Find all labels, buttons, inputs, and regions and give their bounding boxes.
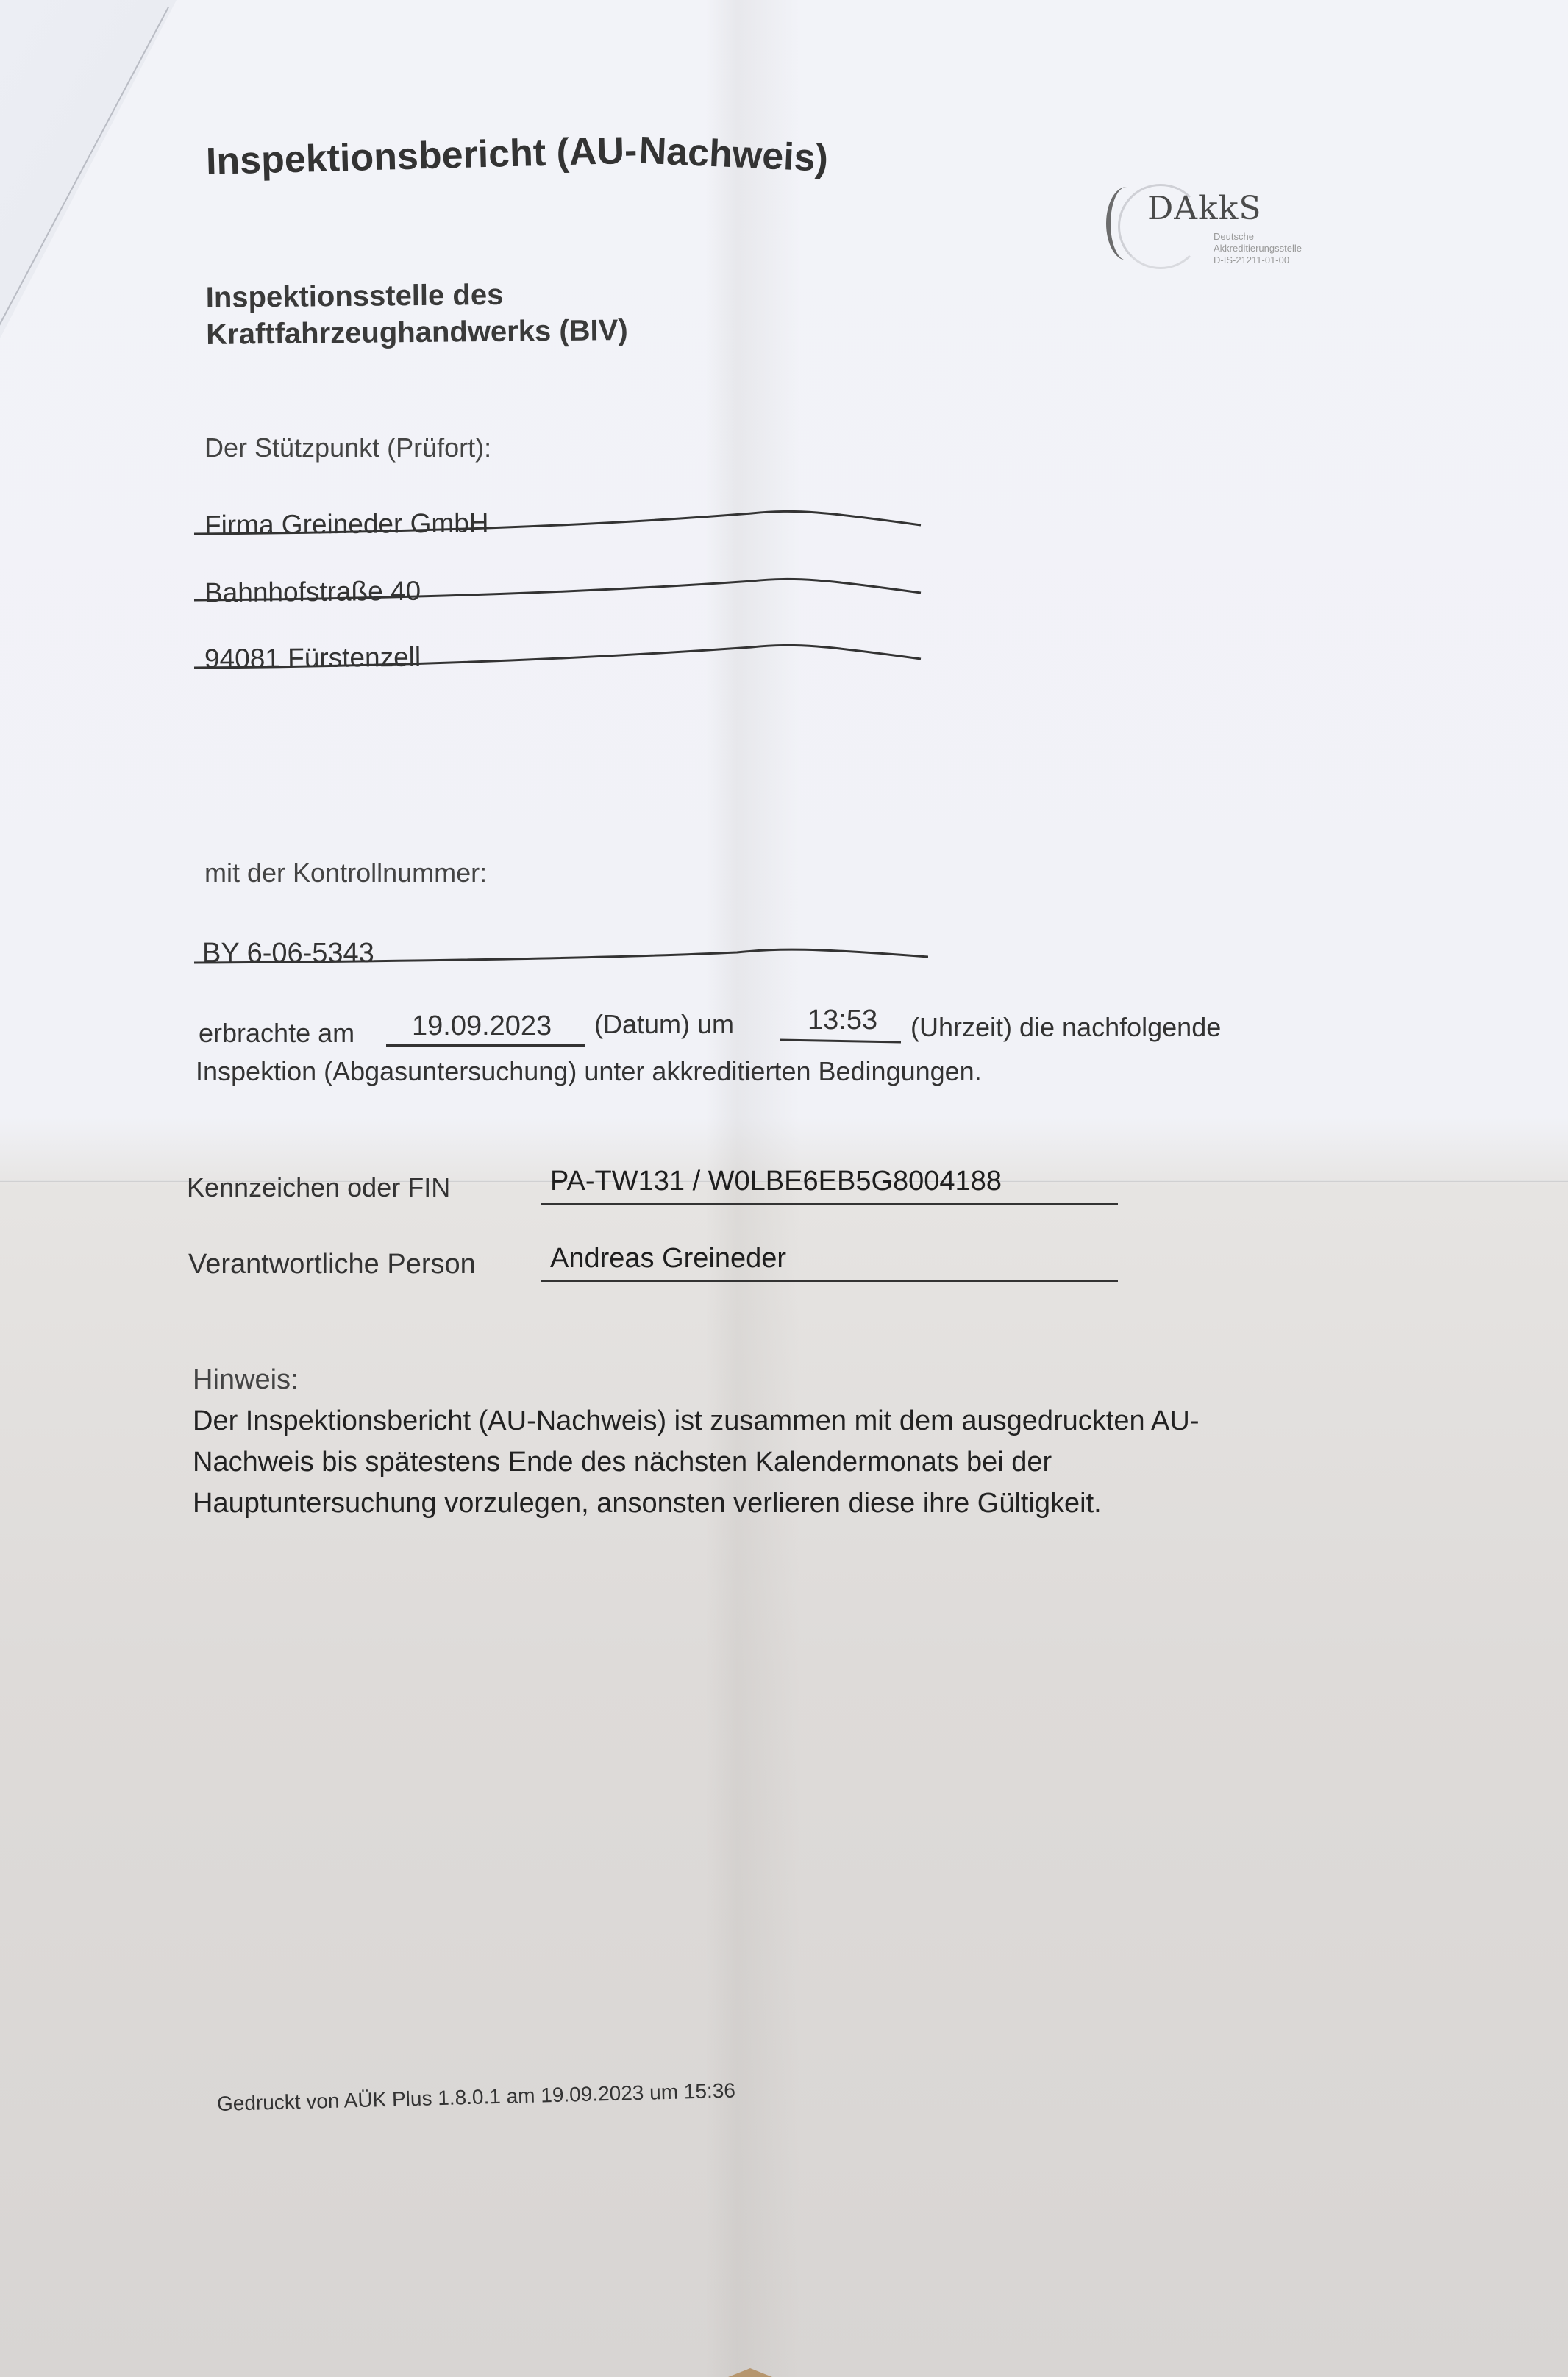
print-footer: Gedruckt von AÜK Plus 1.8.0.1 am 19.09.2…: [217, 2079, 736, 2116]
logo-subtext: Deutsche Akkreditierungsstelle D-IS-2121…: [1214, 231, 1302, 266]
field-underline: [193, 575, 928, 605]
logo-line1: Deutsche: [1214, 231, 1302, 243]
corner-fold-line: [0, 7, 169, 371]
document-title: Inspektionsbericht (AU-Nachweis): [205, 124, 827, 184]
field-underline: [193, 507, 928, 537]
field-underline: [193, 641, 928, 671]
station-label: Der Stützpunkt (Prüfort):: [204, 432, 491, 463]
plate-label: Kennzeichen oder FIN: [187, 1172, 450, 1203]
field-underline: [193, 944, 928, 966]
heading-line1: Inspektionsstelle des: [205, 275, 627, 316]
logo-name: DAkkS: [1147, 190, 1262, 227]
inspection-time: 13:53: [808, 1005, 877, 1036]
logo-bracket-icon: [1106, 187, 1147, 260]
performed-prefix: erbrachte am: [199, 1018, 354, 1049]
field-underline: [541, 1280, 1118, 1282]
responsible-person-value: Andreas Greineder: [550, 1243, 786, 1275]
logo-accreditation-number: D-IS-21211-01-00: [1214, 254, 1302, 266]
inspection-body-heading: Inspektionsstelle des Kraftfahrzeughandw…: [205, 275, 627, 353]
field-underline: [780, 1039, 901, 1044]
notice-block: Hinweis: Der Inspektionsbericht (AU-Nach…: [193, 1359, 1259, 1524]
inspection-date: 19.09.2023: [412, 1011, 552, 1042]
time-suffix: (Uhrzeit) die nachfolgende: [910, 1012, 1221, 1043]
paper-sheet: Inspektionsbericht (AU-Nachweis) DAkkS D…: [0, 0, 1568, 2377]
plate-vin-value: PA-TW131 / W0LBE6EB5G8004188: [550, 1166, 1002, 1197]
title-text-tail: Nachweis): [638, 129, 829, 181]
background-surface: [728, 2368, 772, 2377]
notice-text: Der Inspektionsbericht (AU-Nachweis) ist…: [193, 1400, 1259, 1524]
date-suffix: (Datum) um: [594, 1009, 734, 1040]
performed-line2: Inspektion (Abgasuntersuchung) unter akk…: [196, 1056, 982, 1087]
logo-line2: Akkreditierungsstelle: [1214, 243, 1302, 254]
heading-line2: Kraftfahrzeughandwerks (BIV): [206, 312, 628, 353]
dakks-logo: DAkkS Deutsche Akkreditierungsstelle D-I…: [1111, 177, 1375, 287]
responsible-person-label: Verantwortliche Person: [188, 1249, 476, 1280]
title-text: Inspektionsbericht (AU-: [205, 129, 638, 183]
control-number-label: mit der Kontrollnummer:: [204, 858, 487, 888]
field-underline: [541, 1203, 1118, 1205]
notice-title: Hinweis:: [193, 1359, 1259, 1400]
field-underline: [386, 1044, 585, 1047]
